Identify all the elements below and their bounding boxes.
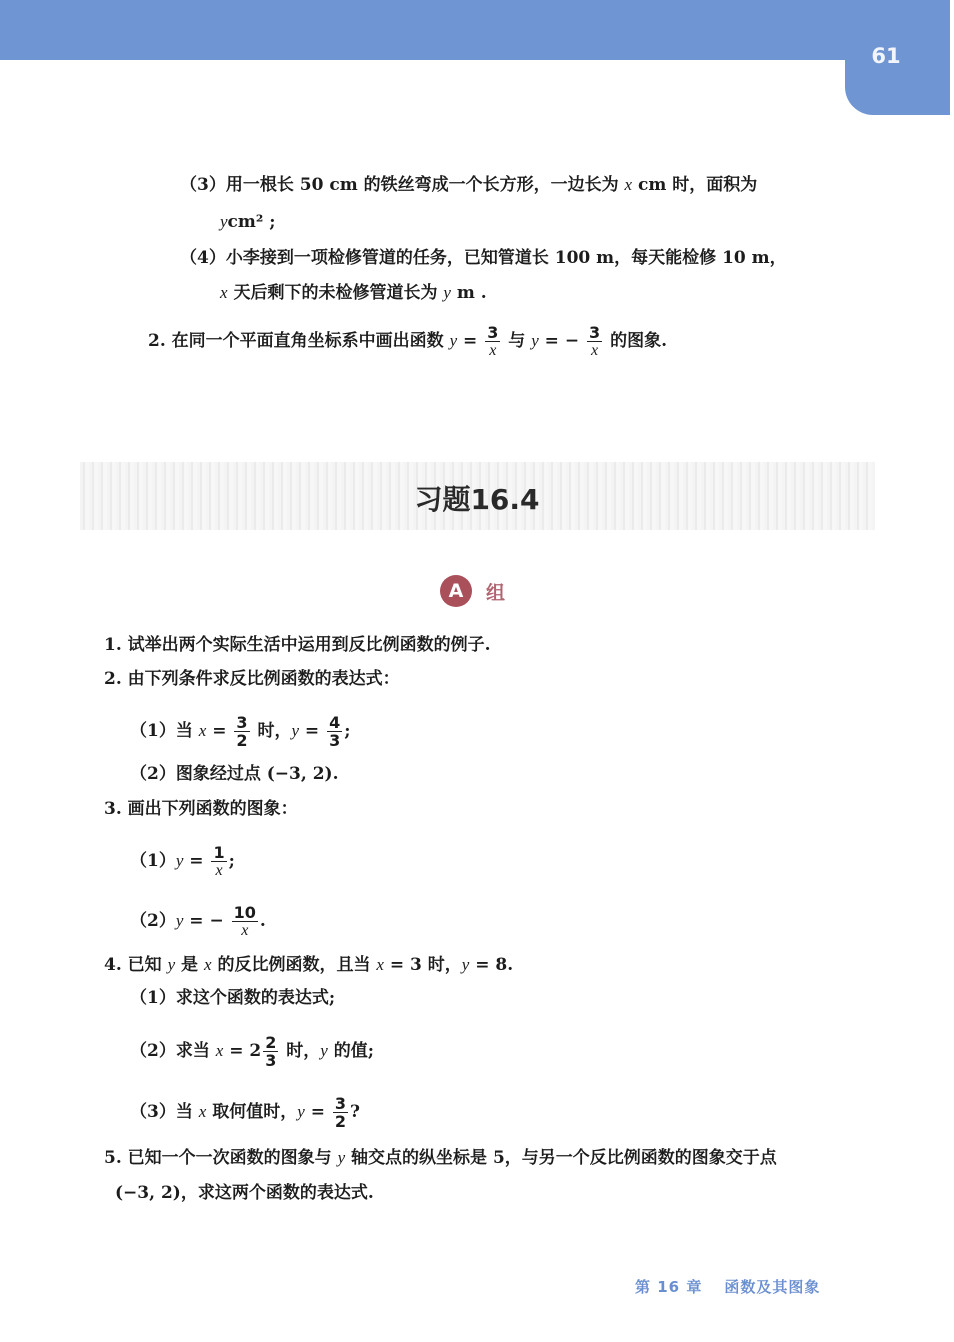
sub-text: 时， [252, 721, 292, 741]
var-x: x [204, 955, 212, 974]
problem-number: 4. [104, 955, 122, 975]
fraction: 32 [333, 1095, 348, 1130]
exercise-problem-5: 5. 已知一个一次函数的图象与 y 轴交点的纵坐标是 5，与另一个反比例函数的图… [104, 1146, 777, 1170]
var-y: y [320, 1041, 328, 1060]
punctuation: ; [344, 721, 350, 741]
var-y: y [450, 331, 458, 350]
problem-text: 与 [502, 331, 531, 351]
equals: = [305, 1102, 331, 1122]
exercise-problem-1: 1. 试举出两个实际生活中运用到反比例函数的例子. [104, 633, 491, 657]
sub-label: （1） [130, 721, 176, 741]
group-badge-icon: A [440, 575, 472, 607]
sub-label: （1） [130, 851, 176, 871]
item-text: cm 时，面积为 [632, 175, 757, 195]
problem-text: = 8. [469, 955, 513, 975]
equals: = [457, 331, 483, 351]
group-label: 组 [486, 578, 505, 605]
denominator: x [232, 922, 258, 939]
problem-number: 2. [104, 669, 122, 689]
numerator: 4 [327, 714, 342, 732]
equals: = [183, 851, 209, 871]
problem-number: 2. [148, 331, 166, 351]
var-y: y [443, 283, 451, 302]
problem-text: 轴交点的纵坐标是 5，与另一个反比例函数的图象交于点 [345, 1148, 777, 1168]
problem-text: 已知一个一次函数的图象与 [128, 1148, 338, 1168]
practice-problem-2: 2. 在同一个平面直角坐标系中画出函数 y = 3x 与 y = − 3x 的图… [148, 324, 667, 359]
item-3-line-1: （3）用一根长 50 cm 的铁丝弯成一个长方形，一边长为 x cm 时，面积为 [180, 173, 757, 197]
sub-label: （2） [130, 911, 176, 931]
problem-text: 画出下列函数的图象： [128, 799, 298, 819]
numerator: 3 [485, 324, 500, 342]
chapter-footer: 第 16 章函数及其图象 [635, 1276, 820, 1297]
var-x: x [376, 955, 384, 974]
numerator: 10 [232, 904, 258, 922]
numerator: 3 [333, 1095, 348, 1113]
sub-text: 的值; [328, 1041, 374, 1061]
denominator: 3 [327, 732, 342, 749]
page-number: 61 [845, 44, 927, 68]
denominator: x [211, 862, 226, 879]
equals: = − [183, 911, 229, 931]
var-x: x [220, 283, 228, 302]
header-band [0, 0, 950, 60]
problem-text: 在同一个平面直角坐标系中画出函数 [172, 331, 450, 351]
fraction: 23 [263, 1034, 278, 1069]
problem-number: 3. [104, 799, 122, 819]
item-text: cm² ; [228, 212, 276, 232]
equals: = [206, 721, 232, 741]
problem-2-sub-1: （1）当 x = 32 时，y = 43; [130, 714, 351, 749]
problem-text: 的反比例函数，且当 [212, 955, 377, 975]
numerator: 3 [587, 324, 602, 342]
item-label: （3） [180, 175, 226, 195]
problem-2-sub-2: （2）图象经过点 (−3, 2). [130, 762, 339, 786]
denominator: 3 [263, 1052, 278, 1069]
equals: = [299, 721, 325, 741]
problem-text: 是 [175, 955, 204, 975]
var-y: y [220, 212, 228, 231]
item-text: m . [451, 283, 487, 303]
punctuation: ? [350, 1102, 360, 1122]
sub-label: （2） [130, 764, 176, 784]
chapter-title: 函数及其图象 [724, 1278, 820, 1296]
fraction: 1x [211, 844, 226, 879]
chapter-number: 第 16 章 [635, 1278, 702, 1296]
sub-label: （1） [130, 988, 176, 1008]
fraction: 3x [587, 324, 602, 359]
sub-label: （2） [130, 1041, 176, 1061]
sub-text: 取何值时， [206, 1102, 297, 1122]
var-y: y [168, 955, 176, 974]
item-4-line-2: x 天后剩下的未检修管道长为 y m . [220, 281, 487, 305]
denominator: x [587, 342, 602, 359]
numerator: 2 [263, 1034, 278, 1052]
var-y: y [531, 331, 539, 350]
denominator: 2 [333, 1113, 348, 1130]
denominator: x [485, 342, 500, 359]
fraction: 43 [327, 714, 342, 749]
fraction: 3x [485, 324, 500, 359]
sub-label: （3） [130, 1102, 176, 1122]
punctuation: . [260, 911, 266, 931]
var-x: x [625, 175, 633, 194]
problem-4-sub-2: （2）求当 x = 223 时，y 的值; [130, 1034, 374, 1069]
item-text: 用一根长 50 cm 的铁丝弯成一个长方形，一边长为 [226, 175, 625, 195]
sub-text: 时， [280, 1041, 320, 1061]
problem-4-sub-1: （1）求这个函数的表达式; [130, 986, 335, 1010]
sub-text: 当 [176, 721, 199, 741]
numerator: 1 [211, 844, 226, 862]
problem-text: 已知 [128, 955, 168, 975]
problem-4-sub-3: （3）当 x 取何值时，y = 32? [130, 1095, 360, 1130]
problem-text: 试举出两个实际生活中运用到反比例函数的例子. [128, 635, 491, 655]
item-text: 天后剩下的未检修管道长为 [228, 283, 444, 303]
fraction: 32 [234, 714, 249, 749]
denominator: 2 [234, 732, 249, 749]
sub-text: 当 [176, 1102, 199, 1122]
problem-text: 由下列条件求反比例函数的表达式： [128, 669, 400, 689]
exercise-problem-4: 4. 已知 y 是 x 的反比例函数，且当 x = 3 时，y = 8. [104, 953, 513, 977]
equals: = 2 [223, 1041, 261, 1061]
numerator: 3 [234, 714, 249, 732]
exercise-problem-3: 3. 画出下列函数的图象： [104, 797, 298, 821]
item-label: （4） [180, 248, 226, 268]
var-y: y [291, 721, 299, 740]
problem-3-sub-1: （1）y = 1x; [130, 844, 235, 879]
problem-text: 的图象. [604, 331, 667, 351]
sub-text: 求当 [176, 1041, 216, 1061]
exercise-problem-5-line-2: (−3, 2)，求这两个函数的表达式. [115, 1181, 374, 1205]
problem-text: (−3, 2)，求这两个函数的表达式. [115, 1183, 374, 1203]
exercise-problem-2: 2. 由下列条件求反比例函数的表达式： [104, 667, 400, 691]
sub-text: 求这个函数的表达式; [176, 988, 335, 1008]
exercise-title: 习题16.4 [0, 478, 954, 518]
fraction: 10x [232, 904, 258, 939]
sub-text: 图象经过点 (−3, 2). [176, 764, 339, 784]
item-4-line-1: （4）小李接到一项检修管道的任务，已知管道长 100 m，每天能检修 10 m， [180, 246, 787, 270]
var-y: y [338, 1148, 346, 1167]
item-3-line-2: ycm² ; [220, 210, 276, 234]
punctuation: ; [229, 851, 235, 871]
item-text: 小李接到一项检修管道的任务，已知管道长 100 m，每天能检修 10 m， [226, 248, 787, 268]
problem-number: 5. [104, 1148, 122, 1168]
equals: = − [539, 331, 585, 351]
problem-3-sub-2: （2）y = − 10x. [130, 904, 266, 939]
problem-text: = 3 时， [384, 955, 462, 975]
var-y: y [297, 1102, 305, 1121]
problem-number: 1. [104, 635, 122, 655]
